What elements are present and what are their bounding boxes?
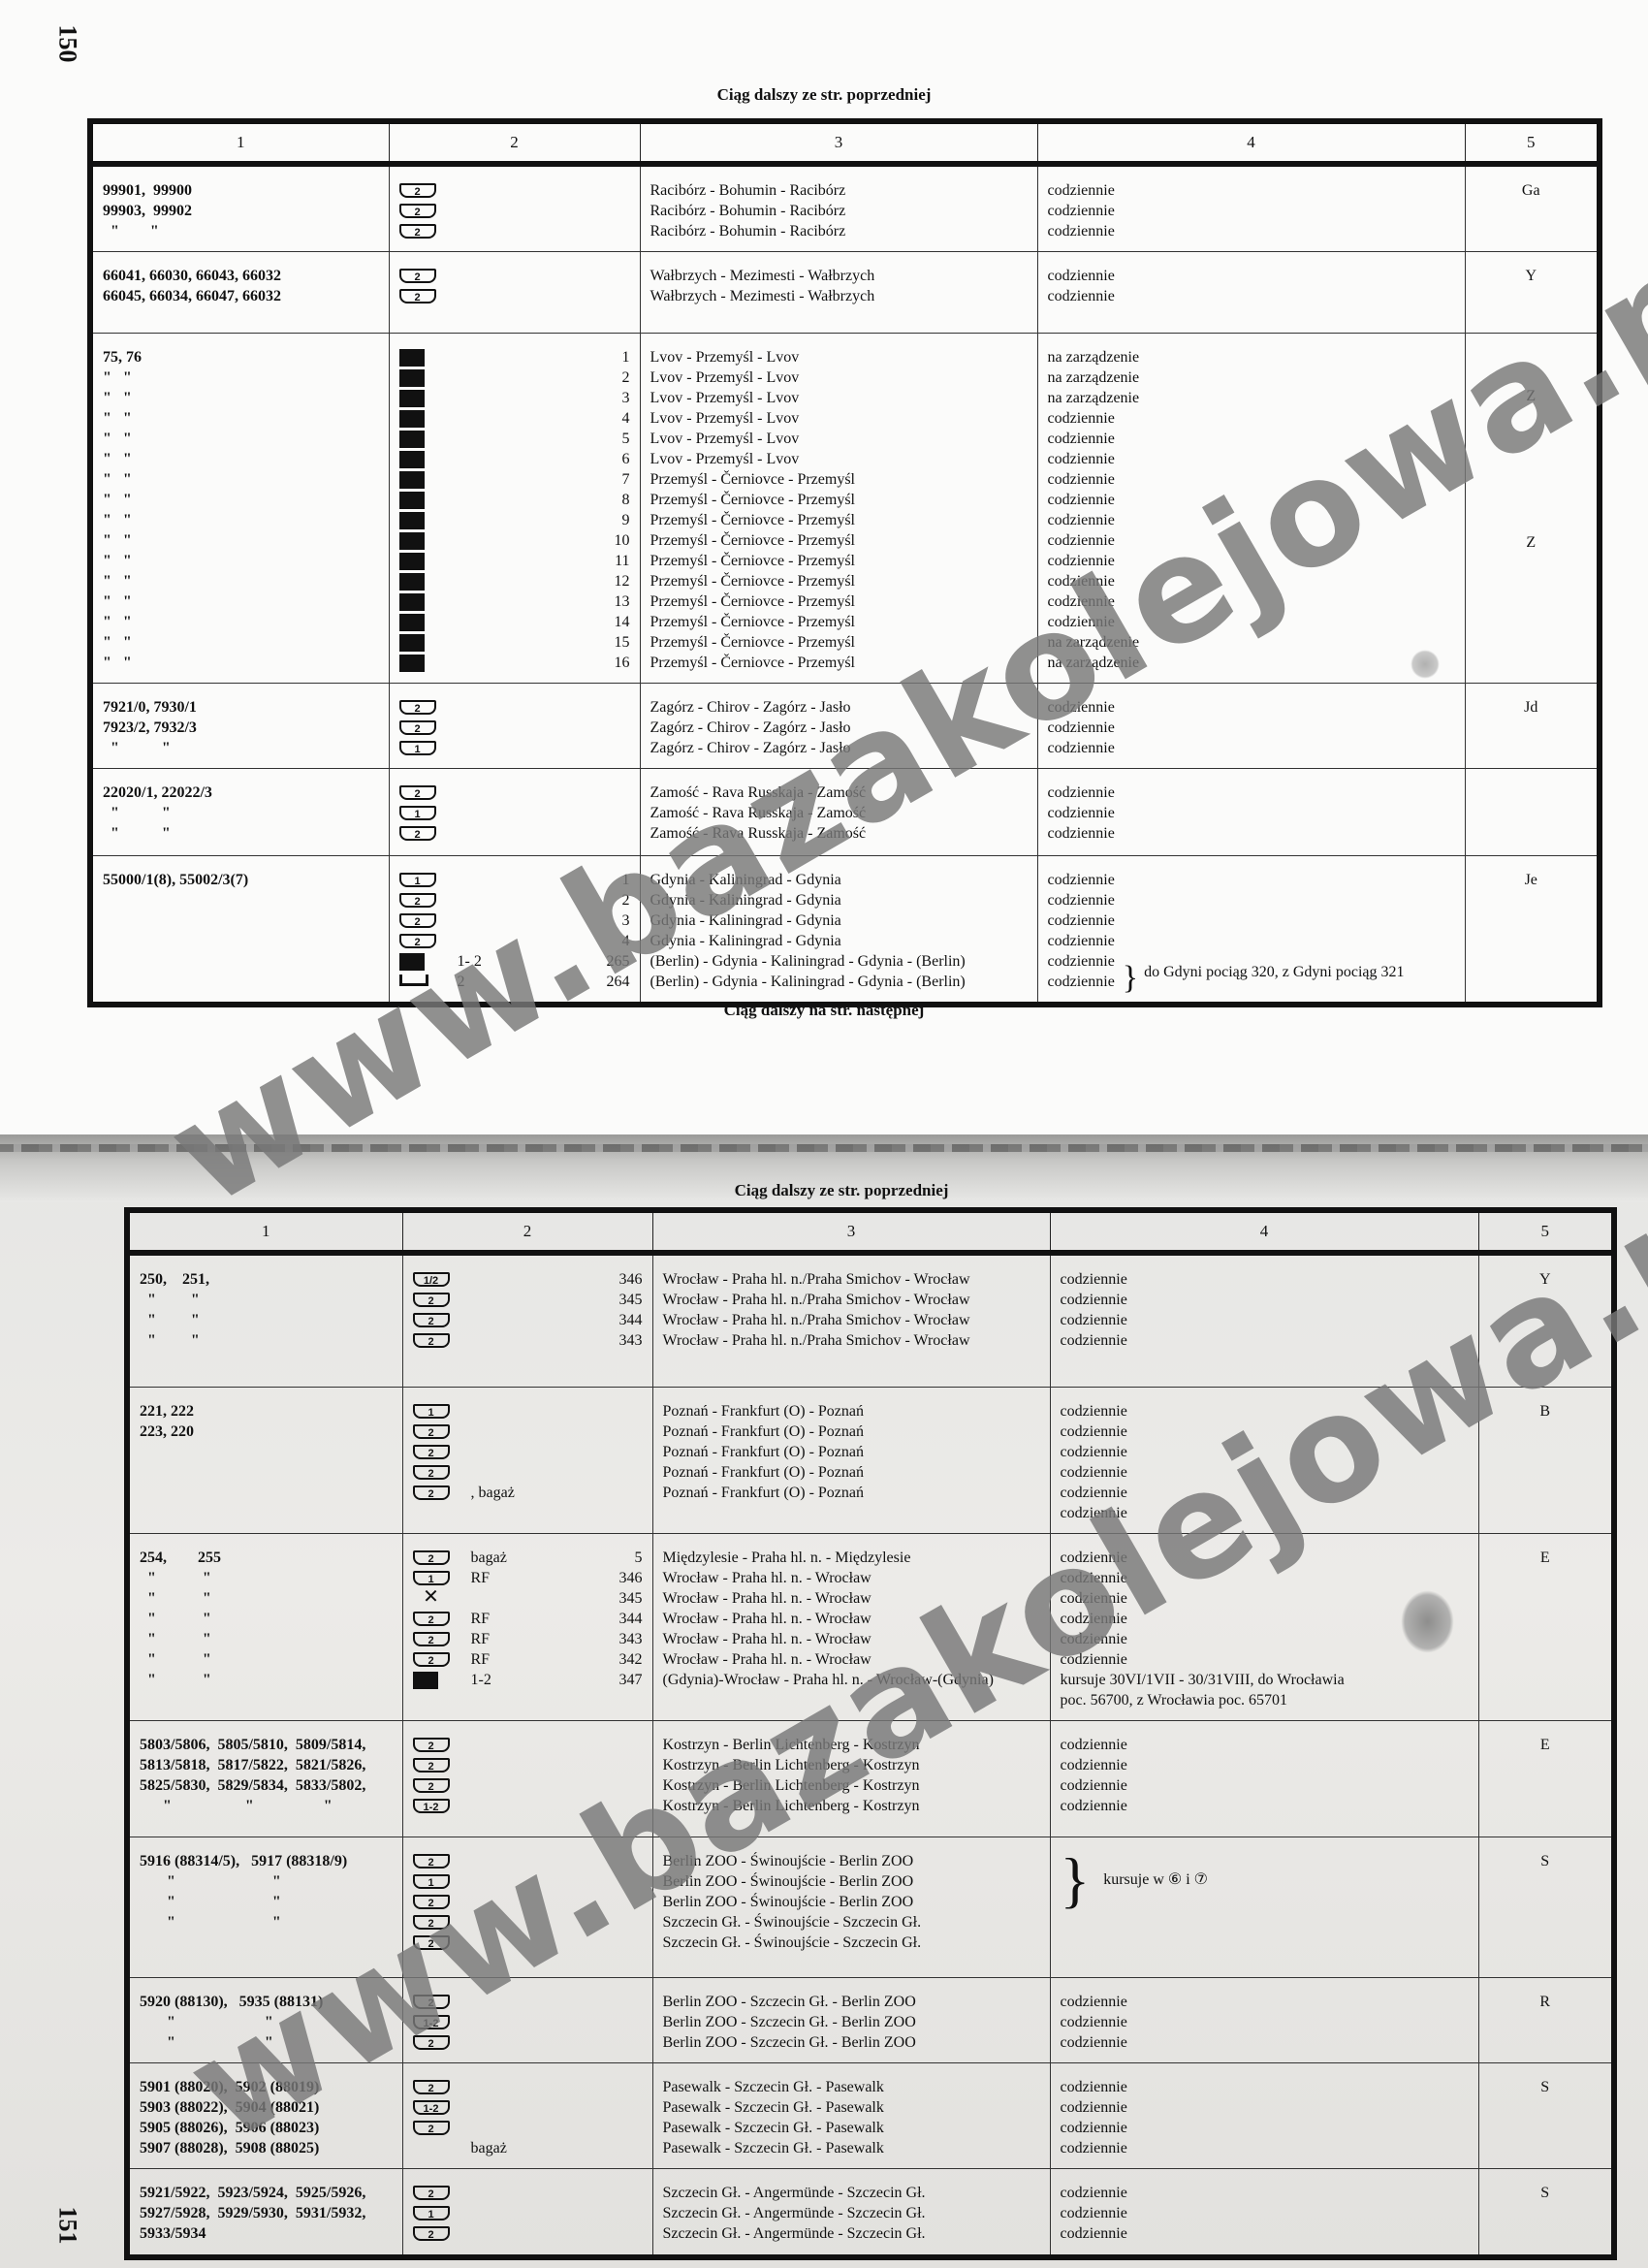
car-symbol-cell: 2 xyxy=(413,1310,471,1330)
car-line: 2RF344 xyxy=(413,1609,643,1629)
car-line: 2 xyxy=(413,1775,643,1796)
train-number-line: 99903, 99902 xyxy=(103,201,379,221)
days-line: codziennie xyxy=(1048,469,1455,490)
car-note: RF xyxy=(471,1629,549,1649)
seat-car-icon: 2 xyxy=(399,204,436,218)
car-symbol-cell xyxy=(399,388,458,408)
seat-car-icon: 1-2 xyxy=(413,2015,450,2029)
train-numbers: 99901, 9990099903, 99902 " " xyxy=(90,164,389,252)
car-note xyxy=(471,2032,549,2053)
car-symbol-cell xyxy=(399,367,458,388)
train-number-line: " " xyxy=(103,388,379,408)
days-line: codziennie xyxy=(1061,2223,1469,2244)
category-code-value: Y xyxy=(1539,1271,1551,1288)
category-code-value: B xyxy=(1539,1403,1550,1420)
route-line: Gdynia - Kaliningrad - Gdynia xyxy=(650,890,1028,910)
seat-car-icon: 2 xyxy=(399,289,436,303)
category-code: R xyxy=(1478,1977,1614,2062)
running-days: codzienniecodzienniecodziennie xyxy=(1037,769,1465,856)
car-symbol-cell xyxy=(399,530,458,551)
days-line: codziennie xyxy=(1048,266,1455,286)
car-note xyxy=(458,180,535,201)
route-line: Wrocław - Praha hl. n. - Wrocław xyxy=(663,1609,1040,1629)
car-number xyxy=(549,1992,643,2012)
running-days: codzienniecodzienniecodzienniecodziennie xyxy=(1050,1720,1478,1837)
page-number-right: 151 xyxy=(53,2207,82,2245)
car-number: 265 xyxy=(535,951,630,972)
col-header-1: 1 xyxy=(90,121,389,164)
car-symbol-cell xyxy=(413,1670,471,1690)
car-number: 2 xyxy=(535,367,630,388)
train-number-line: " " xyxy=(103,490,379,510)
car-line: 1/2346 xyxy=(413,1269,643,1290)
car-note xyxy=(458,551,535,571)
days-line: codziennie xyxy=(1061,1442,1469,1462)
route-line: (Berlin) - Gdynia - Kaliningrad - Gdynia… xyxy=(650,951,1028,972)
days-line: codziennie xyxy=(1061,1483,1469,1503)
car-note xyxy=(458,823,535,844)
car-line: 2 xyxy=(399,823,630,844)
days-line: codziennie xyxy=(1061,1735,1469,1755)
train-number-line: " " xyxy=(103,803,379,823)
table-row: 250, 251, " " " " " "1/2346234523442343W… xyxy=(127,1253,1614,1387)
car-symbol-cell: 2 xyxy=(413,1629,471,1649)
car-symbol-cell: 1-2 xyxy=(413,2097,471,2118)
days-line: codziennie xyxy=(1048,612,1455,632)
car-line: 22 xyxy=(399,890,630,910)
train-number-line: " " xyxy=(103,367,379,388)
car-note xyxy=(471,2203,549,2223)
car-number: 15 xyxy=(535,632,630,653)
category-code-value: Jd xyxy=(1524,699,1537,716)
train-number-line: " " xyxy=(103,551,379,571)
car-number xyxy=(549,1421,643,1442)
car-symbol-cell xyxy=(399,469,458,490)
car-number: 10 xyxy=(535,530,630,551)
route-line: Szczecin Gł. - Angermünde - Szczecin Gł. xyxy=(663,2223,1040,2244)
train-number-line: 221, 222 xyxy=(140,1401,393,1421)
car-line: 2 xyxy=(413,1462,643,1483)
car-symbol-cell: 2 xyxy=(399,221,458,241)
days-line: codziennie xyxy=(1048,510,1455,530)
car-symbol-cell xyxy=(399,347,458,367)
route-line: Wrocław - Praha hl. n./Praha Smichov - W… xyxy=(663,1310,1040,1330)
car-symbol-cell: 1 xyxy=(413,1871,471,1892)
car-line: 2344 xyxy=(413,1310,643,1330)
car-symbol-cell xyxy=(399,408,458,429)
car-symbol-cell: 2 xyxy=(399,783,458,803)
days-line: codziennie xyxy=(1048,551,1455,571)
car-line: 2 xyxy=(399,367,630,388)
route: Wałbrzych - Mezimesti - WałbrzychWałbrzy… xyxy=(640,252,1037,334)
route: Pasewalk - Szczecin Gł. - PasewalkPasewa… xyxy=(652,2062,1050,2168)
category-code-value: E xyxy=(1540,1549,1550,1566)
sleeper-car-icon xyxy=(399,614,425,631)
seat-car-icon: 1 xyxy=(413,1874,450,1889)
train-number-line: " " xyxy=(140,1649,393,1670)
category-code-value: S xyxy=(1540,2185,1549,2201)
route-line: Zagórz - Chirov - Zagórz - Jasło xyxy=(650,738,1028,758)
car-note xyxy=(471,2077,549,2097)
days-line: codziennie xyxy=(1048,530,1455,551)
train-numbers: 5921/5922, 5923/5924, 5925/5926,5927/592… xyxy=(127,2168,402,2257)
seat-car-icon: 2 xyxy=(413,1612,450,1626)
car-number: 344 xyxy=(549,1310,643,1330)
seat-car-icon: 2 xyxy=(413,1652,450,1667)
train-number-line: " " xyxy=(103,591,379,612)
seat-car-icon: 2 xyxy=(413,2186,450,2200)
car-line: 2 xyxy=(413,2183,643,2203)
train-number-line: 223, 220 xyxy=(140,1421,393,1442)
seat-car-icon: 2 xyxy=(413,2121,450,2135)
route-line: Poznań - Frankfurt (O) - Poznań xyxy=(663,1462,1040,1483)
days-line: codziennie xyxy=(1048,201,1455,221)
route-line: Zamość - Rava Russkaja - Zamość xyxy=(650,803,1028,823)
car-line: 2 xyxy=(399,201,630,221)
car-symbol-cell: 1-2 xyxy=(413,1796,471,1816)
car-note xyxy=(471,1735,549,1755)
category-code: Je xyxy=(1465,856,1600,1006)
train-number-line: " " xyxy=(103,449,379,469)
car-number xyxy=(535,266,630,286)
days-line: codziennie xyxy=(1061,1310,1469,1330)
car-number xyxy=(549,1851,643,1871)
seat-car-icon: 2 xyxy=(413,1333,450,1348)
car-line: 14 xyxy=(399,612,630,632)
car-note xyxy=(471,1421,549,1442)
days-line: codziennie xyxy=(1061,2032,1469,2053)
car-line: 2 xyxy=(399,697,630,718)
car-symbol-cell: 2 xyxy=(413,1462,471,1483)
days-line: codziennie xyxy=(1048,783,1455,803)
car-symbol-cell: 2 xyxy=(399,910,458,931)
car-line: 1 xyxy=(413,1401,643,1421)
car-number xyxy=(535,823,630,844)
route-line: Lvov - Przemyśl - Lvov xyxy=(650,429,1028,449)
seat-car-icon: 2 xyxy=(413,1293,450,1307)
car-note xyxy=(471,1462,549,1483)
train-number-line: " " xyxy=(103,530,379,551)
route-line: Wałbrzych - Mezimesti - Wałbrzych xyxy=(650,286,1028,306)
category-code: E xyxy=(1478,1533,1614,1720)
route: Berlin ZOO - Świnoujście - Berlin ZOOBer… xyxy=(652,1837,1050,1977)
train-number-line: " " xyxy=(140,1609,393,1629)
train-number-line: " " xyxy=(103,469,379,490)
seat-car-icon: 1 xyxy=(399,806,436,820)
car-line: 2 xyxy=(399,180,630,201)
route-line: Pasewalk - Szczecin Gł. - Pasewalk xyxy=(663,2077,1040,2097)
train-number-line: 66041, 66030, 66043, 66032 xyxy=(103,266,379,286)
train-number-line: " " xyxy=(103,612,379,632)
car-symbol-cell xyxy=(399,653,458,673)
train-number-line: " " xyxy=(103,510,379,530)
car-number: 6 xyxy=(535,449,630,469)
car-number: 343 xyxy=(549,1330,643,1351)
car-line: 2 xyxy=(413,2077,643,2097)
car-number: 2 xyxy=(535,890,630,910)
car-number: 3 xyxy=(535,910,630,931)
seat-car-icon: 2 xyxy=(413,1854,450,1869)
car-number xyxy=(549,2203,643,2223)
table-row: 5916 (88314/5), 5917 (88318/9) " " " " "… xyxy=(127,1837,1614,1977)
car-note xyxy=(471,1330,549,1351)
route-line: Lvov - Przemyśl - Lvov xyxy=(650,408,1028,429)
car-symbol-cell: 2 xyxy=(413,2223,471,2244)
car-line: 2 xyxy=(413,1851,643,1871)
car-symbol-cell xyxy=(399,972,458,992)
running-days: codzienniecodzienniecodzienniecodziennie… xyxy=(1050,1387,1478,1533)
route-line: (Gdynia)-Wrocław - Praha hl. n. - Wrocła… xyxy=(663,1670,1040,1690)
car-note xyxy=(458,367,535,388)
car-note xyxy=(471,2118,549,2138)
table-row: 254, 255 " " " " " " " " " " " "2bagaż51… xyxy=(127,1533,1614,1720)
running-days: codzienniecodzienniecodzienniecodziennie xyxy=(1050,1253,1478,1387)
days-line: codziennie xyxy=(1048,738,1455,758)
route-line: Berlin ZOO - Świnoujście - Berlin ZOO xyxy=(663,1851,1040,1871)
col-header-2: 2 xyxy=(402,1210,652,1253)
route-line: Przemyśl - Černiovce - Przemyśl xyxy=(650,591,1028,612)
car-symbol-cell: 2 xyxy=(413,1735,471,1755)
days-line: na zarządzenie xyxy=(1048,388,1455,408)
days-line: codziennie xyxy=(1061,1775,1469,1796)
car-number: 346 xyxy=(549,1269,643,1290)
car-note xyxy=(471,1290,549,1310)
route-line: Berlin ZOO - Szczecin Gł. - Berlin ZOO xyxy=(663,2012,1040,2032)
route-line: Wałbrzych - Mezimesti - Wałbrzych xyxy=(650,266,1028,286)
car-composition: 21-22 xyxy=(402,1977,652,2062)
route-line: Przemyśl - Černiovce - Przemyśl xyxy=(650,530,1028,551)
car-line: 2 xyxy=(399,221,630,241)
running-days: na zarządzeniena zarządzeniena zarządzen… xyxy=(1037,334,1465,684)
category-code: S xyxy=(1478,1837,1614,1977)
car-note: 2 xyxy=(458,972,535,992)
train-number-line: 22020/1, 22022/3 xyxy=(103,783,379,803)
seat-car-icon: 2 xyxy=(413,1738,450,1752)
car-note xyxy=(471,2012,549,2032)
car-symbol-cell: 2 xyxy=(399,931,458,951)
car-composition: 12222, bagaż xyxy=(402,1387,652,1533)
car-symbol-cell: 2 xyxy=(413,2032,471,2053)
car-note xyxy=(471,2183,549,2203)
train-number-line: " " xyxy=(103,632,379,653)
col-header-5: 5 xyxy=(1478,1210,1614,1253)
seat-car-icon: 2 xyxy=(413,2226,450,2241)
route: Lvov - Przemyśl - LvovLvov - Przemyśl - … xyxy=(640,334,1037,684)
car-number: 264 xyxy=(535,972,630,992)
car-number xyxy=(535,697,630,718)
seat-car-icon: 2 xyxy=(399,826,436,841)
car-number: 4 xyxy=(535,931,630,951)
seat-car-icon: 2 xyxy=(399,913,436,928)
days-line: kursuje 30VI/1VII - 30/31VIII, do Wrocła… xyxy=(1061,1670,1469,1690)
col-header-4: 4 xyxy=(1037,121,1465,164)
car-note: , bagaż xyxy=(471,1483,549,1503)
seat-car-icon: 1/2 xyxy=(413,1272,450,1287)
route-line: Przemyśl - Černiovce - Przemyśl xyxy=(650,612,1028,632)
car-line: 1RF346 xyxy=(413,1568,643,1588)
category-code: S xyxy=(1478,2062,1614,2168)
train-numbers: 250, 251, " " " " " " xyxy=(127,1253,402,1387)
car-line: 1-2 xyxy=(413,1796,643,1816)
car-symbol-cell xyxy=(399,510,458,530)
sleeper-car-icon xyxy=(399,349,425,367)
brace: } xyxy=(1061,1851,1091,1909)
col-header-4: 4 xyxy=(1050,1210,1478,1253)
car-number xyxy=(535,221,630,241)
car-symbol-cell: 2 xyxy=(413,2183,471,2203)
days-line: codziennie xyxy=(1048,571,1455,591)
table-row: 5901 (88020), 5902 (88019)5903 (88022), … xyxy=(127,2062,1614,2168)
table-row: 5920 (88130), 5935 (88131) " " " "21-22B… xyxy=(127,1977,1614,2062)
train-numbers: 66041, 66030, 66043, 6603266045, 66034, … xyxy=(90,252,389,334)
car-number: 342 xyxy=(549,1649,643,1670)
car-note: bagaż xyxy=(471,2138,549,2158)
days-line: codziennie xyxy=(1048,449,1455,469)
route-line: Racibórz - Bohumin - Racibórz xyxy=(650,221,1028,241)
train-numbers: 5916 (88314/5), 5917 (88318/9) " " " " "… xyxy=(127,1837,402,1977)
route-line: Pasewalk - Szczecin Gł. - Pasewalk xyxy=(663,2118,1040,2138)
train-number-line: 99901, 99900 xyxy=(103,180,379,201)
sleeper-car-icon xyxy=(399,431,425,448)
route-line: Wrocław - Praha hl. n./Praha Smichov - W… xyxy=(663,1269,1040,1290)
car-note xyxy=(458,738,535,758)
seat-car-icon: 2 xyxy=(413,1445,450,1459)
table-row: 5803/5806, 5805/5810, 5809/5814,5813/581… xyxy=(127,1720,1614,1837)
car-line: 2264 xyxy=(399,972,630,992)
category-code xyxy=(1465,769,1600,856)
seat-car-icon: 2 xyxy=(413,1485,450,1500)
route-line: Gdynia - Kaliningrad - Gdynia xyxy=(650,931,1028,951)
route-line: Berlin ZOO - Świnoujście - Berlin ZOO xyxy=(663,1892,1040,1912)
seat-car-icon: 2 xyxy=(399,183,436,198)
header-row: 1 2 3 4 5 xyxy=(127,1210,1614,1253)
category-code: Ga xyxy=(1465,164,1600,252)
category-code-value: Y xyxy=(1525,268,1537,284)
route-line: Kostrzyn - Berlin Lichtenberg - Kostrzyn xyxy=(663,1755,1040,1775)
days-line: codziennie xyxy=(1048,823,1455,844)
car-note xyxy=(458,449,535,469)
car-number xyxy=(535,718,630,738)
train-numbers: 5901 (88020), 5902 (88019)5903 (88022), … xyxy=(127,2062,402,2168)
sleeper-car-icon xyxy=(399,512,425,529)
route-line: Przemyśl - Černiovce - Przemyśl xyxy=(650,571,1028,591)
route: Szczecin Gł. - Angermünde - Szczecin Gł.… xyxy=(652,2168,1050,2257)
train-number-line: 5905 (88026), 5906 (88023) xyxy=(140,2118,393,2138)
car-line: 2 xyxy=(413,1755,643,1775)
car-composition: 22 xyxy=(389,252,640,334)
car-number: 7 xyxy=(535,469,630,490)
sleeper-car-icon xyxy=(399,532,425,550)
car-symbol-cell xyxy=(399,612,458,632)
car-composition: 1/2346234523442343 xyxy=(402,1253,652,1387)
sleeper-car-icon xyxy=(399,471,425,489)
car-number xyxy=(535,783,630,803)
timetable-page-150: 1 2 3 4 5 99901, 9990099903, 99902 " "22… xyxy=(87,118,1602,1007)
car-note xyxy=(458,388,535,408)
train-number-line: 5916 (88314/5), 5917 (88318/9) xyxy=(140,1851,393,1871)
train-numbers: 7921/0, 7930/17923/2, 7932/3 " " xyxy=(90,684,389,769)
paper-stain xyxy=(1401,1590,1454,1653)
car-symbol-cell: 2 xyxy=(413,2077,471,2097)
days-line: codziennie xyxy=(1048,408,1455,429)
car-number: 13 xyxy=(535,591,630,612)
days-line: na zarządzenie xyxy=(1048,367,1455,388)
car-note xyxy=(471,1401,549,1421)
car-note xyxy=(471,1775,549,1796)
page-number-left: 150 xyxy=(53,25,82,63)
route-line: Wrocław - Praha hl. n. - Wrocław xyxy=(663,1629,1040,1649)
car-line: 2 xyxy=(413,2223,643,2244)
train-number-line: " " xyxy=(140,1588,393,1609)
train-number-line: " " xyxy=(140,1290,393,1310)
route: Berlin ZOO - Szczecin Gł. - Berlin ZOOBe… xyxy=(652,1977,1050,2062)
route: Wrocław - Praha hl. n./Praha Smichov - W… xyxy=(652,1253,1050,1387)
car-note xyxy=(471,1442,549,1462)
route: Międzylesie - Praha hl. n. - Międzylesie… xyxy=(652,1533,1050,1720)
sleeper-car-icon xyxy=(399,953,425,971)
car-number xyxy=(549,2223,643,2244)
car-number: 5 xyxy=(535,429,630,449)
route-line: Lvov - Przemyśl - Lvov xyxy=(650,367,1028,388)
car-note: 1- 2 xyxy=(458,951,535,972)
route-line: Wrocław - Praha hl. n. - Wrocław xyxy=(663,1568,1040,1588)
car-symbol-cell: 2 xyxy=(413,1649,471,1670)
seat-car-icon: 2 xyxy=(413,2035,450,2050)
car-note xyxy=(458,347,535,367)
route-line: Wrocław - Praha hl. n. - Wrocław xyxy=(663,1649,1040,1670)
running-days: codzienniecodziennie xyxy=(1037,252,1465,334)
car-composition: 212 xyxy=(389,769,640,856)
car-number xyxy=(549,1775,643,1796)
route-line: Kostrzyn - Berlin Lichtenberg - Kostrzyn xyxy=(663,1796,1040,1816)
seat-car-icon: 1 xyxy=(399,741,436,755)
car-symbol-cell: ✕ xyxy=(413,1588,471,1609)
train-number-line: " " xyxy=(103,653,379,673)
route-line: Zagórz - Chirov - Zagórz - Jasło xyxy=(650,718,1028,738)
train-number-line: " " xyxy=(103,429,379,449)
seat-car-icon: 1 xyxy=(413,1404,450,1419)
car-note xyxy=(458,571,535,591)
car-composition: 222 xyxy=(389,164,640,252)
route-line: Wrocław - Praha hl. n./Praha Smichov - W… xyxy=(663,1330,1040,1351)
car-note xyxy=(458,653,535,673)
train-numbers: 5803/5806, 5805/5810, 5809/5814,5813/581… xyxy=(127,1720,402,1837)
car-line: 6 xyxy=(399,449,630,469)
route-line: (Berlin) - Gdynia - Kaliningrad - Gdynia… xyxy=(650,972,1028,992)
car-note xyxy=(458,510,535,530)
car-line: 1 xyxy=(413,1871,643,1892)
car-number: 345 xyxy=(549,1290,643,1310)
car-symbol-cell: 2 xyxy=(413,1609,471,1629)
car-number xyxy=(549,2077,643,2097)
car-number xyxy=(549,2118,643,2138)
car-line: 1-2347 xyxy=(413,1670,643,1690)
days-line: codziennie xyxy=(1048,951,1115,972)
seat-car-icon: 2 xyxy=(413,1550,450,1565)
seat-car-icon: 2 xyxy=(399,785,436,800)
days-line: codziennie xyxy=(1061,2138,1469,2158)
train-number-line: 5920 (88130), 5935 (88131) xyxy=(140,1992,393,2012)
timetable-page-151: 1 2 3 4 5 250, 251, " " " " " "1/2346234… xyxy=(124,1207,1617,2260)
car-number: 5 xyxy=(549,1548,643,1568)
route-line: Przemyśl - Černiovce - Przemyśl xyxy=(650,632,1028,653)
route-line: Przemyśl - Černiovce - Przemyśl xyxy=(650,490,1028,510)
train-numbers: 221, 222223, 220 xyxy=(127,1387,402,1533)
sleeper-car-icon xyxy=(399,634,425,652)
car-symbol-cell: 2 xyxy=(413,1933,471,1953)
couchette-car-icon xyxy=(399,974,428,986)
car-line: 2 xyxy=(413,1421,643,1442)
